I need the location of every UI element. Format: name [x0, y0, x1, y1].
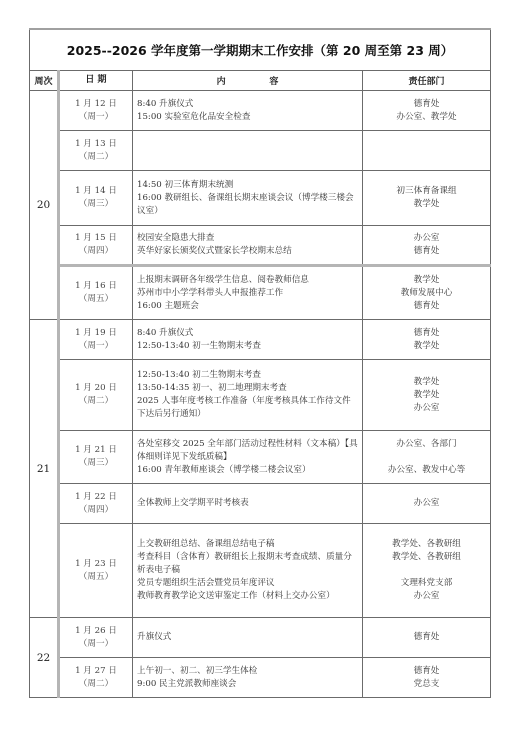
header-content: 内 容 — [133, 71, 363, 91]
weekday-label: （周二） — [60, 395, 132, 408]
table-row: 1 月 16 日（周五）上报期末调研各年级学生信息、阅卷教师信息苏州市中小学学科… — [30, 266, 491, 320]
date-label: 1 月 27 日 — [60, 665, 132, 678]
table-row: 1 月 23 日（周五）上交教研组总结、备课组总结电子稿考查科目（含体育）教研组… — [30, 524, 491, 618]
date-cell: 1 月 16 日（周五） — [59, 266, 133, 320]
task-item: 16:00 青年教师座谈会（博学楼二楼会议室） — [137, 464, 359, 477]
weekday-label: （周二） — [60, 678, 132, 691]
dept-item: 办公室 — [363, 590, 490, 603]
dept-item — [363, 451, 490, 464]
table-row: 1 月 27 日（周二）上午初一、初二、初三学生体检9:00 民主党派教师座谈会… — [30, 658, 491, 698]
content-cell: 8:40 升旗仪式15:00 实验室危化品安全检查 — [133, 91, 363, 131]
date-cell: 1 月 20 日（周二） — [59, 360, 133, 431]
task-item: 上午初一、初二、初三学生体检 — [137, 665, 359, 678]
date-label: 1 月 23 日 — [60, 558, 132, 571]
task-item: 英华好家长颁奖仪式暨家长学校期末总结 — [137, 245, 359, 258]
dept-item: 教学处 — [363, 376, 490, 389]
task-item: 9:00 民主党派教师座谈会 — [137, 678, 359, 691]
table-row: 1 月 14 日（周三）14:50 初三体育期末统测16:00 教研组长、备课组… — [30, 171, 491, 226]
content-cell: 全体教师上交学期平时考核表 — [133, 484, 363, 524]
weekday-label: （周一） — [60, 340, 132, 353]
task-item: 教师教育教学论文送审鉴定工作（材料上交办公室） — [137, 590, 359, 603]
table-row: 1 月 21 日（周三）各处室移交 2025 全年部门活动过程性材料（文本稿）【… — [30, 431, 491, 484]
date-cell: 1 月 26 日（周一） — [59, 618, 133, 658]
date-cell: 1 月 22 日（周四） — [59, 484, 133, 524]
content-cell: 上午初一、初二、初三学生体检9:00 民主党派教师座谈会 — [133, 658, 363, 698]
task-item: 党员专题组织生活会暨党员年度评议 — [137, 577, 359, 590]
dept-item: 办公室、教学处 — [363, 111, 490, 124]
dept-cell: 德育处教学处 — [363, 320, 491, 360]
dept-item: 教师发展中心 — [363, 287, 490, 300]
date-cell: 1 月 23 日（周五） — [59, 524, 133, 618]
schedule-table: 2025--2026 学年度第一学期期末工作安排（第 20 周至第 23 周） … — [29, 28, 491, 698]
dept-item: 教学处 — [363, 389, 490, 402]
dept-cell — [363, 131, 491, 171]
dept-cell: 教学处教学处办公室 — [363, 360, 491, 431]
table-title: 2025--2026 学年度第一学期期末工作安排（第 20 周至第 23 周） — [30, 29, 491, 71]
dept-item: 德育处 — [363, 98, 490, 111]
dept-item: 教学处 — [363, 340, 490, 353]
content-cell: 12:50-13:40 初二生物期末考查13:50-14:35 初一、初二地理期… — [133, 360, 363, 431]
date-cell: 1 月 14 日（周三） — [59, 171, 133, 226]
task-item: 16:00 主题班会 — [137, 300, 359, 313]
content-cell: 上报期末调研各年级学生信息、阅卷教师信息苏州市中小学学科带头人申报推荐工作16:… — [133, 266, 363, 320]
table-row: 211 月 19 日（周一）8:40 升旗仪式12:50-13:40 初一生物期… — [30, 320, 491, 360]
dept-item: 办公室 — [363, 497, 490, 510]
weekday-label: （周四） — [60, 245, 132, 258]
weekday-label: （周一） — [60, 638, 132, 651]
dept-item: 党总支 — [363, 678, 490, 691]
content-cell: 各处室移交 2025 全年部门活动过程性材料（文本稿）【具体细则详见下发纸质稿】… — [133, 431, 363, 484]
weekday-label: （周三） — [60, 198, 132, 211]
dept-item: 教学处 — [363, 198, 490, 211]
dept-item: 教学处 — [363, 274, 490, 287]
dept-item: 德育处 — [363, 327, 490, 340]
dept-item: 教学处、各教研组 — [363, 551, 490, 564]
date-label: 1 月 15 日 — [60, 232, 132, 245]
dept-cell: 德育处 — [363, 618, 491, 658]
dept-cell: 教学处教师发展中心德育处 — [363, 266, 491, 320]
schedule-body: 201 月 12 日（周一）8:40 升旗仪式15:00 实验室危化品安全检查德… — [30, 91, 491, 698]
date-cell: 1 月 27 日（周二） — [59, 658, 133, 698]
dept-item: 办公室、各部门 — [363, 438, 490, 451]
dept-item: 办公室 — [363, 402, 490, 415]
task-item: 14:50 初三体育期末统测 — [137, 179, 359, 192]
table-row: 201 月 12 日（周一）8:40 升旗仪式15:00 实验室危化品安全检查德… — [30, 91, 491, 131]
week-number: 21 — [30, 320, 59, 618]
dept-item: 德育处 — [363, 300, 490, 313]
task-item: 苏州市中小学学科带头人申报推荐工作 — [137, 287, 359, 300]
date-label: 1 月 21 日 — [60, 444, 132, 457]
date-label: 1 月 20 日 — [60, 382, 132, 395]
date-label: 1 月 14 日 — [60, 185, 132, 198]
weekday-label: （周一） — [60, 111, 132, 124]
weekday-label: （周四） — [60, 504, 132, 517]
date-cell: 1 月 21 日（周三） — [59, 431, 133, 484]
dept-item: 办公室 — [363, 232, 490, 245]
date-cell: 1 月 12 日（周一） — [59, 91, 133, 131]
task-item: 8:40 升旗仪式 — [137, 327, 359, 340]
dept-cell: 办公室、各部门办公室、教发中心等 — [363, 431, 491, 484]
dept-item: 德育处 — [363, 665, 490, 678]
date-label: 1 月 13 日 — [60, 138, 132, 151]
header-dept: 责任部门 — [363, 71, 491, 91]
task-item: 8:40 升旗仪式 — [137, 98, 359, 111]
week-number: 20 — [30, 91, 59, 320]
weekday-label: （周三） — [60, 457, 132, 470]
dept-cell: 德育处党总支 — [363, 658, 491, 698]
task-item: 13:50-14:35 初一、初二地理期末考查 — [137, 382, 359, 395]
dept-item: 初三体育备课组 — [363, 185, 490, 198]
header-week: 周次 — [30, 71, 59, 91]
task-item: 考查科目（含体育）教研组长上报期末考查成绩、质量分析表电子稿 — [137, 551, 359, 577]
weekday-label: （周五） — [60, 293, 132, 306]
date-label: 1 月 26 日 — [60, 625, 132, 638]
task-item: 校园安全隐患大排查 — [137, 232, 359, 245]
content-cell: 上交教研组总结、备课组总结电子稿考查科目（含体育）教研组长上报期末考查成绩、质量… — [133, 524, 363, 618]
dept-cell: 办公室 — [363, 484, 491, 524]
task-item: 12:50-13:40 初二生物期末考查 — [137, 369, 359, 382]
table-row: 1 月 20 日（周二）12:50-13:40 初二生物期末考查13:50-14… — [30, 360, 491, 431]
week-number: 22 — [30, 618, 59, 698]
table-row: 1 月 22 日（周四）全体教师上交学期平时考核表办公室 — [30, 484, 491, 524]
task-item: 升旗仪式 — [137, 631, 359, 644]
header-date: 日 期 — [59, 71, 133, 91]
content-cell: 升旗仪式 — [133, 618, 363, 658]
dept-item: 文理科党支部 — [363, 577, 490, 590]
content-cell: 14:50 初三体育期末统测16:00 教研组长、备课组长期末座谈会议（博学楼三… — [133, 171, 363, 226]
task-item: 2025 人事年度考核工作准备（年度考核具体工作待文件下达后另行通知） — [137, 395, 359, 421]
task-item: 全体教师上交学期平时考核表 — [137, 497, 359, 510]
content-cell — [133, 131, 363, 171]
task-item: 上报期末调研各年级学生信息、阅卷教师信息 — [137, 274, 359, 287]
date-cell: 1 月 15 日（周四） — [59, 226, 133, 266]
task-item: 15:00 实验室危化品安全检查 — [137, 111, 359, 124]
dept-item: 教学处、各教研组 — [363, 538, 490, 551]
date-cell: 1 月 19 日（周一） — [59, 320, 133, 360]
task-item: 16:00 教研组长、备课组长期末座谈会议（博学楼三楼会议室） — [137, 192, 359, 218]
content-cell: 8:40 升旗仪式12:50-13:40 初一生物期末考查 — [133, 320, 363, 360]
dept-item — [363, 564, 490, 577]
table-row: 1 月 15 日（周四）校园安全隐患大排查英华好家长颁奖仪式暨家长学校期末总结办… — [30, 226, 491, 266]
dept-cell: 教学处、各教研组教学处、各教研组文理科党支部办公室 — [363, 524, 491, 618]
weekday-label: （周五） — [60, 571, 132, 584]
task-item: 各处室移交 2025 全年部门活动过程性材料（文本稿）【具体细则详见下发纸质稿】 — [137, 438, 359, 464]
dept-item: 办公室、教发中心等 — [363, 464, 490, 477]
dept-item: 德育处 — [363, 631, 490, 644]
table-row: 1 月 13 日（周二） — [30, 131, 491, 171]
dept-cell: 办公室德育处 — [363, 226, 491, 266]
date-cell: 1 月 13 日（周二） — [59, 131, 133, 171]
date-label: 1 月 16 日 — [60, 280, 132, 293]
date-label: 1 月 12 日 — [60, 98, 132, 111]
task-item: 上交教研组总结、备课组总结电子稿 — [137, 538, 359, 551]
dept-cell: 德育处办公室、教学处 — [363, 91, 491, 131]
content-cell: 校园安全隐患大排查英华好家长颁奖仪式暨家长学校期末总结 — [133, 226, 363, 266]
table-row: 221 月 26 日（周一）升旗仪式德育处 — [30, 618, 491, 658]
date-label: 1 月 19 日 — [60, 327, 132, 340]
dept-cell: 初三体育备课组教学处 — [363, 171, 491, 226]
date-label: 1 月 22 日 — [60, 491, 132, 504]
weekday-label: （周二） — [60, 151, 132, 164]
dept-item: 德育处 — [363, 245, 490, 258]
task-item: 12:50-13:40 初一生物期末考查 — [137, 340, 359, 353]
